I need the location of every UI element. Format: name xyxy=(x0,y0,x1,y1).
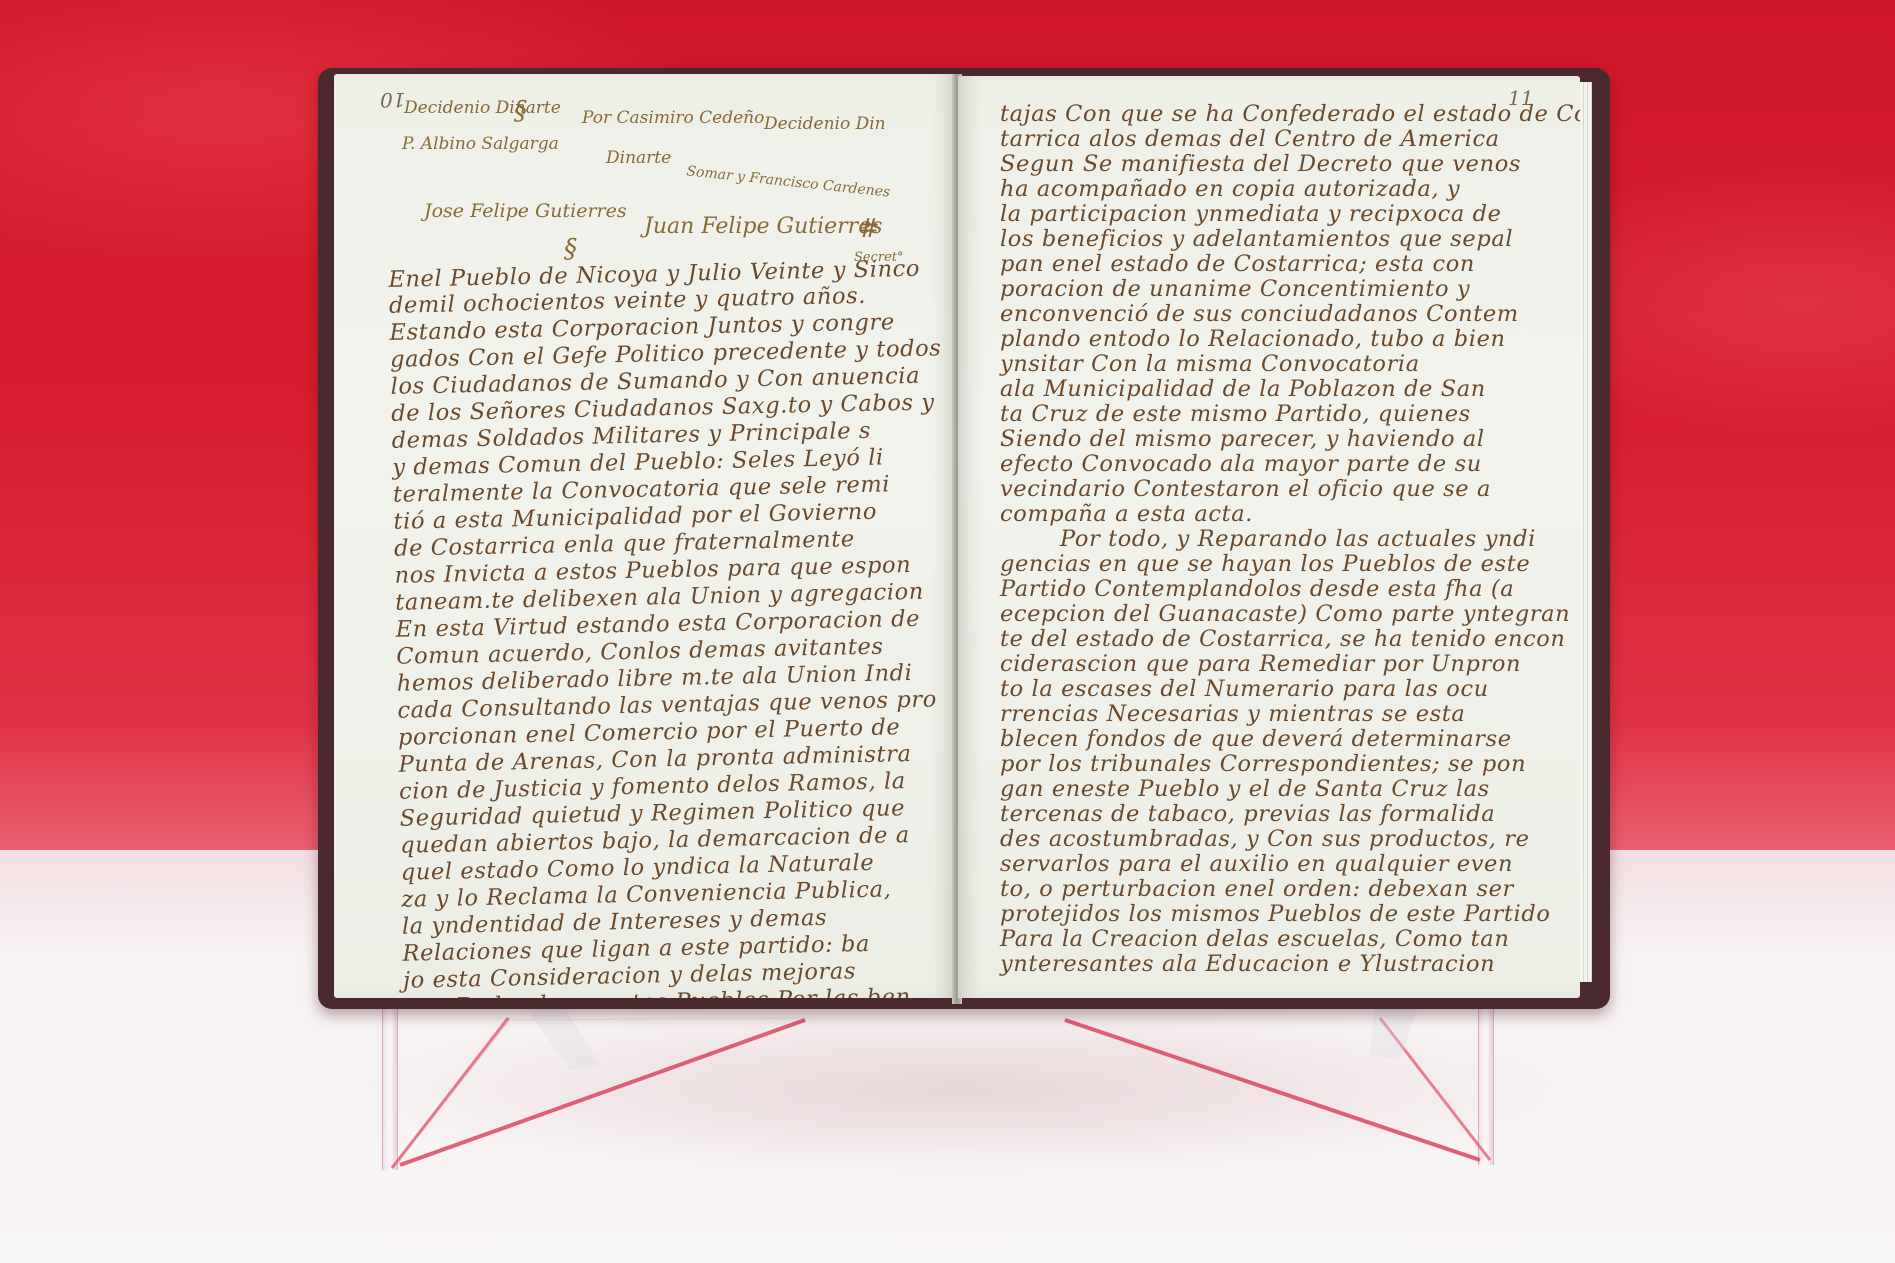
manuscript-line: protejidos los mismos Pueblos de este Pa… xyxy=(1000,902,1580,927)
signature-rubric-icon: § xyxy=(564,234,577,264)
manuscript-line: Segun Se manifiesta del Decreto que veno… xyxy=(1000,152,1580,177)
left-page-text: Enel Pueblo de Nicoya y Julio Veinte y S… xyxy=(388,256,955,998)
manuscript-line: poracion de unanime Concentimiento y xyxy=(1000,277,1580,302)
manuscript-line: tajas Con que se ha Confederado el estad… xyxy=(1000,102,1580,127)
manuscript-line: tarrica alos demas del Centro de America xyxy=(1000,127,1580,152)
manuscript-line: servarlos para el auxilio en qualquier e… xyxy=(1000,852,1580,877)
manuscript-line: gencias en que se hayan los Pueblos de e… xyxy=(1000,552,1580,577)
manuscript-line: to la escases del Numerario para las ocu xyxy=(1000,677,1580,702)
manuscript-line: ciderascion que para Remediar por Unpron xyxy=(1000,652,1580,677)
signature-rubric-icon: # xyxy=(858,214,880,244)
manuscript-line: enconvenció de sus conciudadanos Contem xyxy=(1000,302,1580,327)
manuscript-line: por los tribunales Correspondientes; se … xyxy=(1000,752,1580,777)
signature: Decidenio Din xyxy=(764,114,886,134)
manuscript-line: pan enel estado de Costarrica; esta con xyxy=(1000,252,1580,277)
signature: Juan Felipe Gutierres xyxy=(644,214,883,239)
manuscript-line: Partido Contemplandolos desde esta fha (… xyxy=(1000,577,1580,602)
signature: Decidenio Dinarte xyxy=(404,98,561,118)
left-page: 10 Decidenio Dinarte Por Casimiro Cedeño… xyxy=(334,74,956,998)
manuscript-line: te del estado de Costarrica, se ha tenid… xyxy=(1000,627,1580,652)
manuscript-line: Para la Creacion delas escuelas, Como ta… xyxy=(1000,927,1580,952)
manuscript-line: ha acompañado en copia autorizada, y xyxy=(1000,177,1580,202)
right-page-text: tajas Con que se ha Confederado el estad… xyxy=(1000,102,1580,977)
manuscript-line: ynsitar Con la misma Convocatoria xyxy=(1000,352,1580,377)
manuscript-line: blecen fondos de que deverá determinarse xyxy=(1000,727,1580,752)
manuscript-line: to, o perturbacion enel orden: debexan s… xyxy=(1000,877,1580,902)
manuscript-line: compaña a esta acta. xyxy=(1000,502,1580,527)
signature: Dinarte xyxy=(606,148,671,168)
right-page: 11 tajas Con que se ha Confederado el es… xyxy=(958,76,1580,998)
page-number: 10 xyxy=(380,88,405,112)
manuscript-line: plando entodo lo Relacionado, tubo a bie… xyxy=(1000,327,1580,352)
signature: Jose Felipe Gutierres xyxy=(424,200,627,222)
manuscript-line: des acostumbradas, y Con sus productos, … xyxy=(1000,827,1580,852)
manuscript-line: vecindario Contestaron el oficio que se … xyxy=(1000,477,1580,502)
manuscript-line: ta Cruz de este mismo Partido, quienes xyxy=(1000,402,1580,427)
signature: Somar y Francisco Cardenes xyxy=(686,163,891,200)
manuscript-line: Por todo, y Reparando las actuales yndi xyxy=(1000,527,1580,552)
manuscript-line: la participacion ynmediata y recipxoca d… xyxy=(1000,202,1580,227)
manuscript-line: rrencias Necesarias y mientras se esta xyxy=(1000,702,1580,727)
manuscript-line: ala Municipalidad de la Poblazon de San xyxy=(1000,377,1580,402)
manuscript-line: los beneficios y adelantamientos que sep… xyxy=(1000,227,1580,252)
manuscript-line: tercenas de tabaco, previas las formalid… xyxy=(1000,802,1580,827)
signature: Por Casimiro Cedeño xyxy=(582,108,764,128)
signature-rubric-icon: § xyxy=(514,96,527,126)
manuscript-line: gan eneste Pueblo y el de Santa Cruz las xyxy=(1000,777,1580,802)
manuscript-line: efecto Convocado ala mayor parte de su xyxy=(1000,452,1580,477)
signature: P. Albino Salgarga xyxy=(402,134,559,154)
manuscript-line: ynteresantes ala Educacion e Ylustracion xyxy=(1000,952,1580,977)
manuscript-line: Siendo del mismo parecer, y haviendo al xyxy=(1000,427,1580,452)
manuscript-line: ecepcion del Guanacaste) Como parte ynte… xyxy=(1000,602,1580,627)
